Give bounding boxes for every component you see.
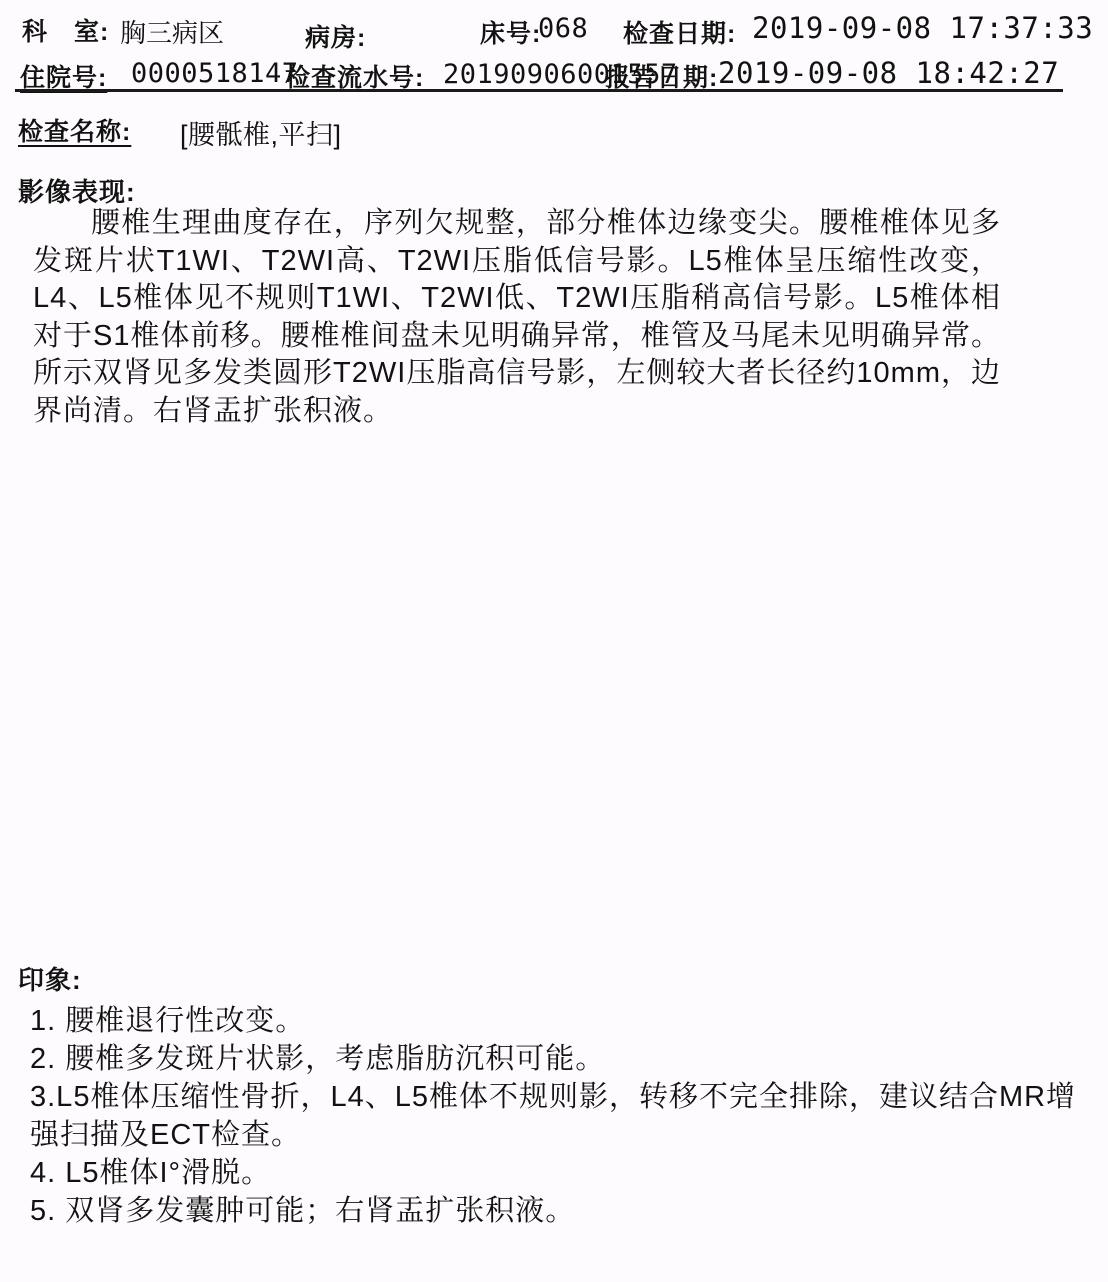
impression-item-1: 1. 腰椎退行性改变。 xyxy=(30,1002,1082,1040)
admission-number-value: 0000518147 xyxy=(131,58,299,89)
impression-heading: 印象: xyxy=(18,960,82,997)
findings-heading: 影像表现: xyxy=(18,172,136,209)
impression-item-4: 4. L5椎体I°滑脱。 xyxy=(30,1154,1082,1192)
findings-body-text: 腰椎生理曲度存在，序列欠规整，部分椎体边缘变尖。腰椎椎体见多发斑片状T1WI、T… xyxy=(33,205,1001,430)
report-date-value: 2019-09-08 18:42:27 xyxy=(718,56,1059,90)
exam-date-value: 2019-09-08 17:37:33 xyxy=(752,11,1093,45)
department-label: 科 室: xyxy=(22,12,109,48)
radiology-report-document: 科 室: 胸三病区 病房: 床号: 068 检查日期: 2019-09-08 1… xyxy=(0,0,1108,1282)
impression-item-2: 2. 腰椎多发斑片状影，考虑脂肪沉积可能。 xyxy=(30,1040,1082,1078)
bed-number-value: 068 xyxy=(538,13,588,44)
ward-label: 病房: xyxy=(305,18,366,54)
exam-date-label: 检查日期: xyxy=(623,14,736,50)
exam-name-value: [腰骶椎,平扫] xyxy=(180,113,342,152)
impression-item-5: 5. 双肾多发囊肿可能；右肾盂扩张积液。 xyxy=(30,1192,1082,1230)
header-divider xyxy=(15,89,1063,92)
impression-item-3: 3.L5椎体压缩性骨折，L4、L5椎体不规则影，转移不完全排除，建议结合MR增强… xyxy=(30,1078,1082,1154)
impression-list: 1. 腰椎退行性改变。 2. 腰椎多发斑片状影，考虑脂肪沉积可能。 3.L5椎体… xyxy=(30,1002,1082,1230)
exam-name-label: 检查名称: xyxy=(18,112,131,148)
department-value: 胸三病区 xyxy=(120,13,224,50)
bed-number-label: 床号: xyxy=(480,14,541,50)
